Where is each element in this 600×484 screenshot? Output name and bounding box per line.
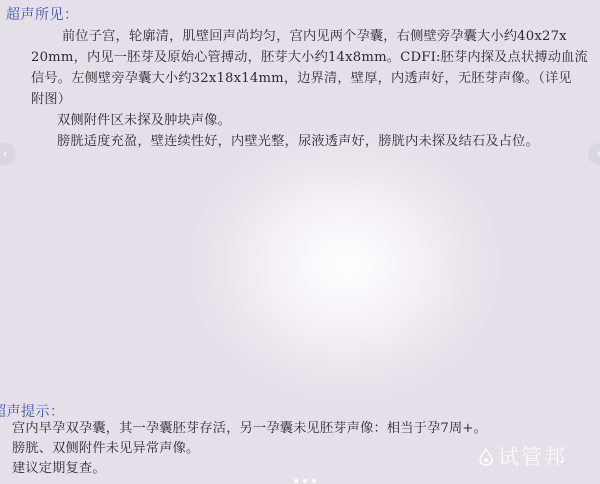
findings-line-6: 膀胱适度充盈，壁连续性好，内壁光整，尿液透声好，膀胱内未探及结石及占位。 xyxy=(57,131,539,152)
findings-heading: 超声所见： xyxy=(6,4,79,24)
findings-line-1: 前位子宫，轮廓清，肌壁回声尚均匀，宫内见两个孕囊，右侧壁旁孕囊大小约40x27x xyxy=(62,26,567,47)
watermark-text: 试管邦 xyxy=(498,441,567,471)
findings-line-2: 20mm，内见一胚芽及原始心管搏动，胚芽大小约14x8mm。CDFI:胚芽内探及… xyxy=(31,47,588,68)
impression-line-2: 膀胱、双侧附件未见异常声像。 xyxy=(12,438,199,459)
watermark: 试管邦 xyxy=(478,441,567,471)
findings-line-3: 信号。左侧壁旁孕囊大小约32x18x14mm，边界清，壁厚，内透声好，无胚芽声像… xyxy=(31,68,572,89)
findings-line-4: 附图） xyxy=(31,89,71,110)
findings-line-5: 双侧附件区未探及肿块声像。 xyxy=(57,110,231,131)
pagination-dots xyxy=(294,479,316,483)
chevron-right-icon: › xyxy=(596,147,600,162)
pagination-dot-1[interactable] xyxy=(294,479,298,483)
next-image-button[interactable]: › xyxy=(588,143,600,165)
impression-line-3: 建议定期复查。 xyxy=(12,458,106,479)
pagination-dot-2[interactable] xyxy=(303,479,307,483)
chevron-left-icon: ‹ xyxy=(2,147,7,162)
watermark-logo-icon xyxy=(478,447,494,465)
prev-image-button[interactable]: ‹ xyxy=(0,143,16,165)
impression-line-1: 宫内早孕双孕囊，其一孕囊胚芽存活，另一孕囊未见胚芽声像：相当于孕7周+。 xyxy=(12,418,487,439)
pagination-dot-3[interactable] xyxy=(312,479,316,483)
